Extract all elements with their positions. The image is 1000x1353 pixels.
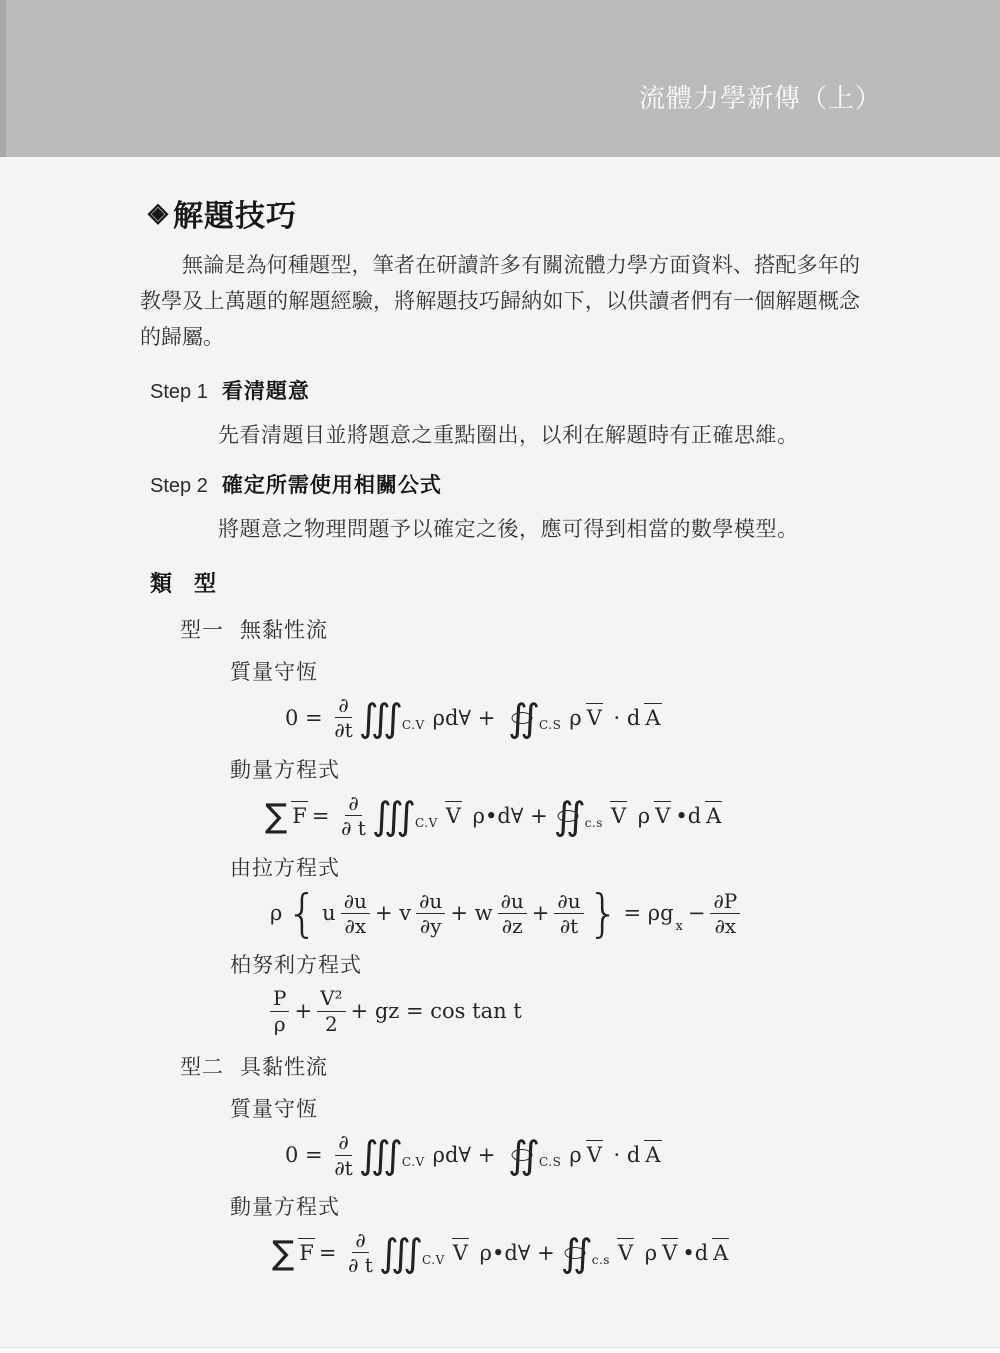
equation-caption: 由拉方程式 [230,852,1000,882]
type-1-heading: 型一 無黏性流 [180,614,1000,644]
intro-paragraph: 無論是為何種題型，筆者在研讀許多有關流體力學方面資料、搭配多年的教學及上萬題的解… [140,247,860,355]
page-content: ◈ 解題技巧 無論是為何種題型，筆者在研讀許多有關流體力學方面資料、搭配多年的教… [0,157,1000,1277]
bernoulli-equation: Pρ+V²2+ gz = cos tan t [270,987,1000,1035]
equation-block-mass-1: 質量守恆 0 = ∂∂t∫∫∫C.Vρd∀ + ∫∫C.SρV · dA [0,656,1000,742]
types-heading: 類 型 [150,567,1000,598]
equation-block-mass-2: 質量守恆 0 = ∂∂t∫∫∫C.Vρd∀ + ∫∫C.SρV · dA [0,1093,1000,1179]
step-1-body: 先看清題目並將題意之重點圈出，以利在解題時有正確思維。 [218,419,1000,449]
step-2-heading: Step 2 確定所需使用相關公式 [150,469,1000,499]
band-left-edge [0,0,6,157]
diamond-icon: ◈ [148,198,169,228]
equation-block-euler: 由拉方程式 ρ{u∂u∂x+ v∂u∂y+ w∂u∂z+∂u∂t}= ρgx−∂… [0,852,1000,938]
type-2-label: 型二 [180,1051,224,1081]
step-2-title: 確定所需使用相關公式 [222,469,442,499]
mass-conservation-equation: 0 = ∂∂t∫∫∫C.Vρd∀ + ∫∫C.SρV · dA [285,1131,1000,1179]
step-1-heading: Step 1 看清題意 [150,375,1000,405]
section-heading: ◈ 解題技巧 [148,191,1000,235]
step-2: Step 2 確定所需使用相關公式 將題意之物理問題予以確定之後，應可得到相當的… [0,469,1000,543]
mass-conservation-equation: 0 = ∂∂t∫∫∫C.Vρd∀ + ∫∫C.SρV · dA [285,694,1000,742]
equation-block-momentum-1: 動量方程式 ∑F= ∂∂ t∫∫∫C.VV ρ•d∀ +∫∫c.sV ρV•dA [0,754,1000,840]
equation-block-bernoulli: 柏努利方程式 Pρ+V²2+ gz = cos tan t [0,949,1000,1035]
section-heading-text: 解題技巧 [173,191,297,235]
equation-block-momentum-2: 動量方程式 ∑F= ∂∂ t∫∫∫C.VV ρ•d∀ +∫∫c.sV ρV•dA [0,1191,1000,1277]
step-2-body: 將題意之物理問題予以確定之後，應可得到相當的數學模型。 [218,513,1000,543]
type-1: 型一 無黏性流 質量守恆 0 = ∂∂t∫∫∫C.Vρd∀ + ∫∫C.SρV … [0,614,1000,1035]
equation-caption: 柏努利方程式 [230,949,1000,979]
type-2-heading: 型二 具黏性流 [180,1051,1000,1081]
type-2: 型二 具黏性流 質量守恆 0 = ∂∂t∫∫∫C.Vρd∀ + ∫∫C.SρV … [0,1051,1000,1277]
step-1-label: Step 1 [150,381,208,404]
page-bottom-edge [0,1347,1000,1353]
equation-caption: 動量方程式 [230,754,1000,784]
euler-equation: ρ{u∂u∂x+ v∂u∂y+ w∂u∂z+∂u∂t}= ρgx−∂P∂x [270,890,1000,938]
step-1: Step 1 看清題意 先看清題目並將題意之重點圈出，以利在解題時有正確思維。 [0,375,1000,449]
page-header-band: 流體力學新傳（上） [0,0,1000,157]
momentum-equation: ∑F= ∂∂ t∫∫∫C.VV ρ•d∀ +∫∫c.sV ρV•dA [272,1229,1000,1277]
step-2-label: Step 2 [150,475,208,498]
momentum-equation: ∑F= ∂∂ t∫∫∫C.VV ρ•d∀ +∫∫c.sV ρV•dA [265,792,1000,840]
type-2-name: 具黏性流 [240,1051,328,1081]
type-1-label: 型一 [180,614,224,644]
step-1-title: 看清題意 [222,375,310,405]
type-1-name: 無黏性流 [240,614,328,644]
book-title: 流體力學新傳（上） [639,78,882,115]
equation-caption: 質量守恆 [230,656,1000,686]
equation-caption: 質量守恆 [230,1093,1000,1123]
equation-caption: 動量方程式 [230,1191,1000,1221]
